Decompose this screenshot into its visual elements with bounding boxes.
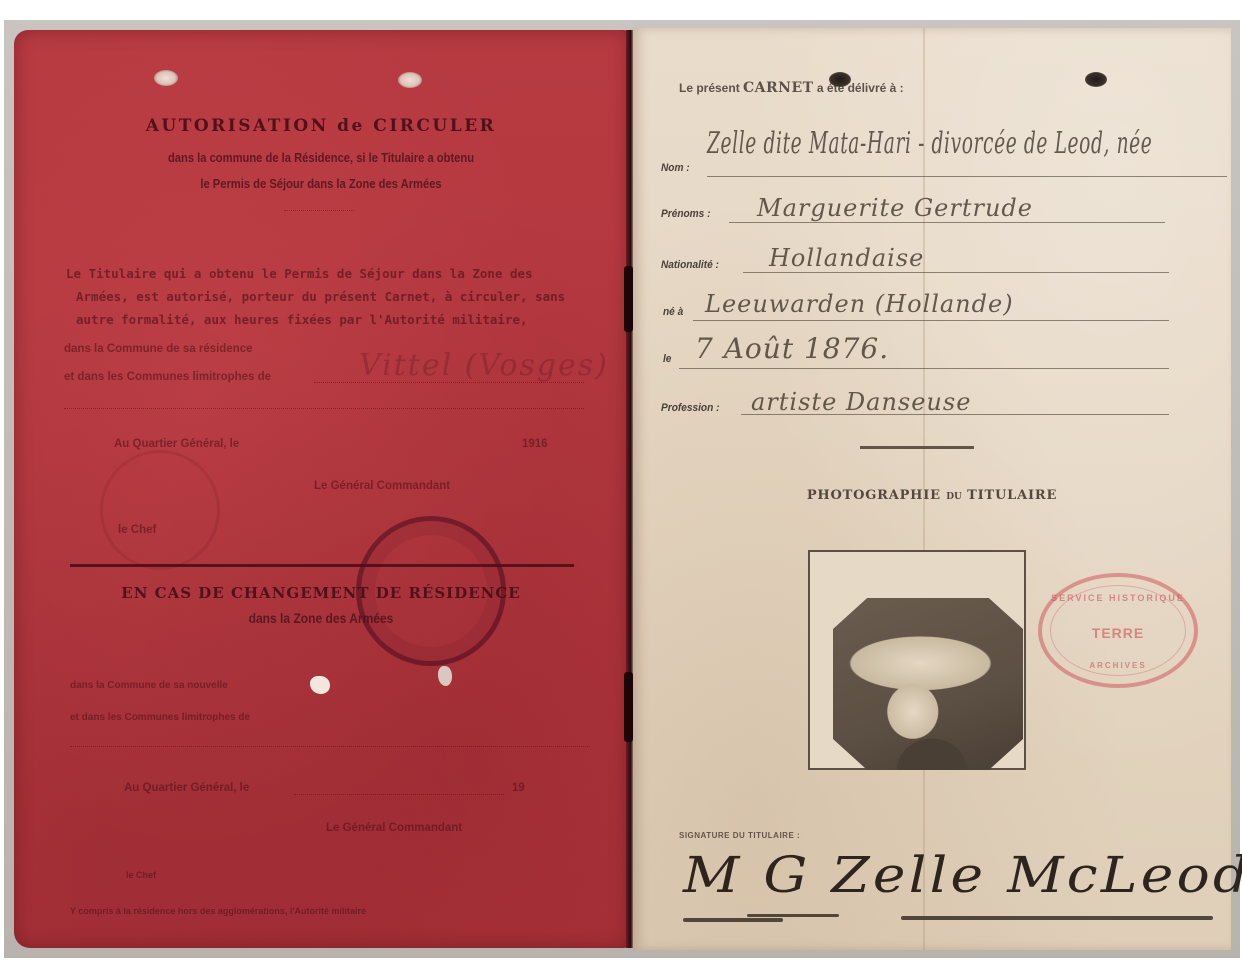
photo-title-b: DU [946,492,962,502]
left-page-red: AUTORISATION de CIRCULER dans la commune… [14,30,628,948]
fill-line [70,746,590,747]
field-label-prenoms: Prénoms : [661,208,710,220]
section-line-quartier-general: Au Quartier Général, le [124,782,249,794]
field-value-profession: artiste Danseuse [751,388,971,416]
permit-line-commune: dans la Commune de sa résidence [64,343,253,355]
fill-line [294,794,504,795]
section-line-commune: dans la Commune de sa nouvelle [70,680,228,691]
section-line-chef: le Chef [126,870,156,880]
field-line [707,176,1227,177]
photo-title-c: TITULAIRE [967,488,1057,503]
field-line [741,414,1169,415]
field-value-prenoms: Marguerite Gertrude [757,194,1033,222]
field-value-nationalite: Hollandaise [769,244,924,272]
ornament-divider [284,210,354,211]
permit-line-quartier-general: Au Quartier Général, le [114,438,239,450]
permit-subtitle-line-1: dans la commune de la Résidence, si le T… [57,150,585,165]
torn-hole [438,666,452,686]
field-value-date-naissance: 7 Août 1876. [695,332,889,365]
stamp-bottom-text: ARCHIVES [1042,661,1194,670]
field-label-lieu-naissance: né à [663,306,683,318]
signature-label: SIGNATURE DU TITULAIRE : [679,831,800,840]
archive-stamp: SERVICE HISTORIQUE TERRE ARCHIVES [1038,573,1198,688]
permit-title: AUTORISATION de CIRCULER [14,116,628,136]
intro-prefix: Le présent [679,81,740,95]
field-label-nom: Nom : [661,162,690,174]
permit-line-chef: le Chef [118,524,156,536]
holder-signature: M G Zelle McLeod [683,846,1242,904]
field-line [679,368,1169,369]
faint-stamp [100,450,220,570]
permit-year: 1916 [522,438,548,450]
intro-carnet: CARNET [743,80,814,96]
footnote: Y compris à la résidence hors des agglom… [70,904,590,918]
stamp-middle-text: TERRE [1042,625,1194,641]
photo-title: PHOTOGRAPHIE DU TITULAIRE [633,488,1231,503]
signature-underline [901,916,1213,920]
divider-rule [860,446,974,449]
field-label-date-naissance: le [663,353,671,365]
permit-line-general: Le Général Commandant [314,480,450,492]
section-heading: EN CAS DE CHANGEMENT DE RÉSIDENCE [14,584,628,602]
right-page-cream: Le présent CARNET a été délivré à : Nom … [633,28,1231,950]
staple [624,672,633,742]
section-line-limitrophes: et dans les Communes limitrophes de [70,712,250,723]
permit-line-limitrophes: et dans les Communes limitrophes de [64,371,271,383]
field-line [693,320,1169,321]
carnet-intro: Le présent CARNET a été délivré à : [679,80,904,96]
fill-line [64,408,584,409]
holder-portrait-photo [833,598,1023,770]
fill-line [314,382,584,383]
signature-underline [683,918,783,922]
punch-hole [1085,72,1107,87]
section-rule [70,564,574,567]
permit-paragraph: Le Titulaire qui a obtenu le Permis de S… [62,262,582,331]
field-value-lieu-naissance: Leeuwarden (Hollande) [705,290,1014,318]
section-year: 19 [512,782,525,794]
torn-hole [310,676,330,694]
handwritten-location: Vittel (Vosges) [359,348,609,383]
permit-subtitle-line-2: le Permis de Séjour dans la Zone des Arm… [57,176,585,191]
punch-hole [154,70,178,86]
section-line-general: Le Général Commandant [326,822,462,834]
field-line [743,272,1169,273]
field-value-nom: Zelle dite Mata-Hari - divorcée de Leod,… [707,126,1152,161]
staple [624,266,633,332]
photo-title-a: PHOTOGRAPHIE [807,488,941,503]
field-label-profession: Profession : [661,402,719,414]
intro-suffix: a été délivré à : [817,81,904,95]
field-label-nationalite: Nationalité : [661,259,719,271]
section-subheading: dans la Zone des Armées [57,610,585,626]
field-line [729,222,1165,223]
photo-frame [808,550,1026,770]
stamp-top-text: SERVICE HISTORIQUE [1042,593,1194,603]
punch-hole [398,72,422,88]
signature-underline [747,914,839,917]
